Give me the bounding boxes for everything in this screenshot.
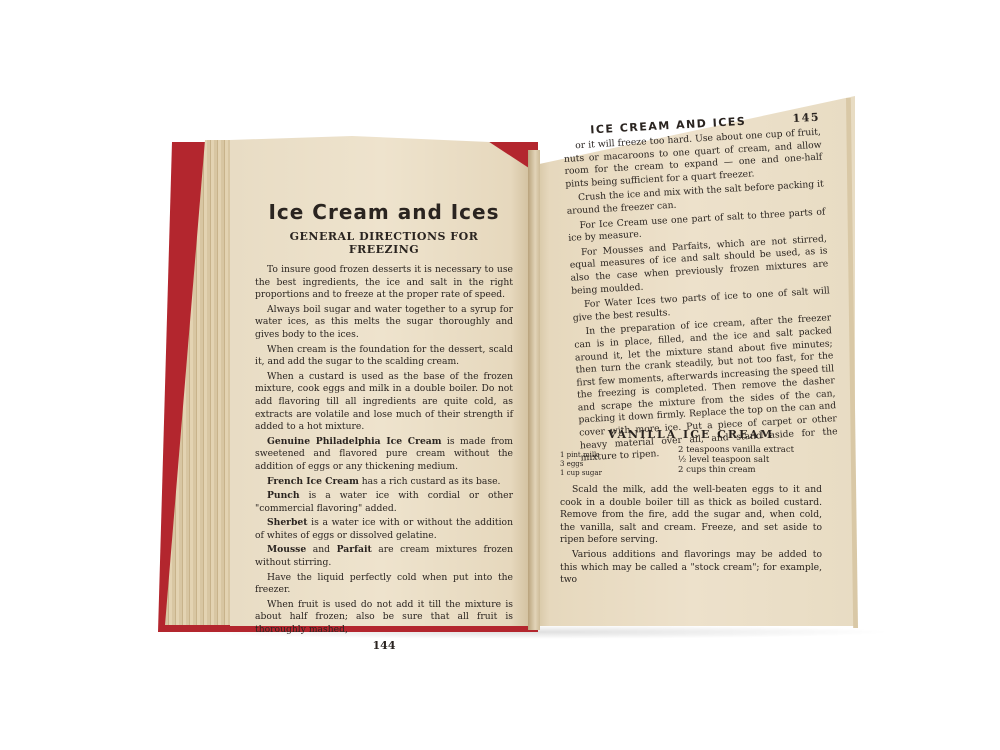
page-number: 144	[255, 639, 513, 652]
chapter-title: Ice Cream and Ices	[255, 200, 513, 224]
recipe-title: VANILLA ICE CREAM	[560, 428, 822, 441]
paragraph: Have the liquid perfectly cold when put …	[255, 572, 513, 597]
recipe-block: VANILLA ICE CREAM 1 pint milk 3 eggs 1 c…	[560, 428, 822, 589]
ingredients-right: 2 teaspoons vanilla extract ½ level teas…	[678, 445, 794, 478]
paragraph: When cream is the foundation for the des…	[255, 344, 513, 369]
paragraph: When a custard is used as the base of th…	[255, 371, 513, 434]
definition: Punch is a water ice with cordial or oth…	[255, 490, 513, 515]
definition: Mousse and Parfait are cream mixtures fr…	[255, 544, 513, 569]
paragraph: Always boil sugar and water together to …	[255, 304, 513, 342]
definition: Sherbet is a water ice with or without t…	[255, 517, 513, 542]
ingredients-left: 1 pint milk 3 eggs 1 cup sugar	[560, 445, 678, 478]
book-gutter	[528, 150, 540, 630]
definition: Genuine Philadelphia Ice Cream is made f…	[255, 436, 513, 474]
page-number: 145	[792, 111, 820, 126]
paragraph: To insure good frozen desserts it is nec…	[255, 264, 513, 302]
definition: French Ice Cream has a rich custard as i…	[255, 476, 513, 489]
ingredients: 1 pint milk 3 eggs 1 cup sugar 2 teaspoo…	[560, 445, 822, 478]
right-page-text: ICE CREAM AND ICES 145 or it will freeze…	[562, 111, 839, 468]
recipe-method: Scald the milk, add the well-beaten eggs…	[560, 484, 822, 547]
recipe-note: Various additions and flavorings may be …	[560, 549, 822, 587]
section-subtitle: GENERAL DIRECTIONS FOR FREEZING	[255, 230, 513, 256]
paragraph: When fruit is used do not add it till th…	[255, 599, 513, 637]
left-page-text: Ice Cream and Ices GENERAL DIRECTIONS FO…	[255, 200, 513, 652]
